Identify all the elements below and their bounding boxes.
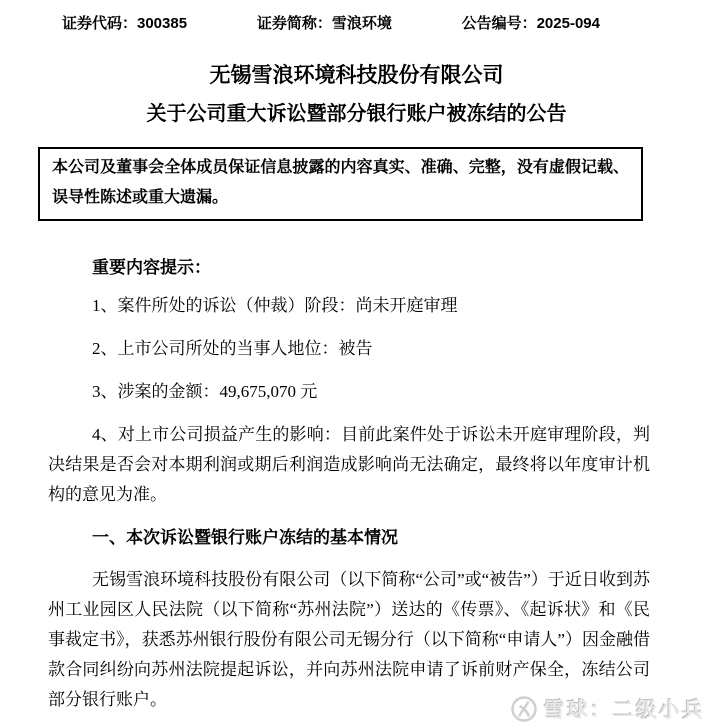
announcement-title: 关于公司重大诉讼暨部分银行账户被冻结的公告 — [0, 102, 713, 127]
securities-code: 证券代码：300385 — [62, 13, 187, 35]
securities-name: 证券简称：雪浪环境 — [257, 13, 392, 35]
notice-item-amount: 3、涉案的金额：49,675,070 元 — [48, 377, 650, 407]
company-title: 无锡雪浪环境科技股份有限公司 — [0, 63, 713, 88]
document-body: 重要内容提示： 1、案件所处的诉讼（仲裁）阶段：尚未开庭审理 2、上市公司所处的… — [48, 253, 650, 715]
board-declaration-text: 本公司及董事会全体成员保证信息披露的内容真实、准确、完整，没有虚假记载、误导性陈… — [52, 159, 629, 206]
announcement-number: 公告编号：2025-094 — [462, 13, 600, 35]
xueqiu-logo-icon — [510, 695, 538, 723]
section-one-paragraph: 无锡雪浪环境科技股份有限公司（以下简称“公司”或“被告”）于近日收到苏州工业园区… — [48, 565, 650, 715]
securities-info-row: 证券代码：300385 证券简称：雪浪环境 公告编号：2025-094 — [0, 0, 713, 35]
notice-item-party-status: 2、上市公司所处的当事人地位：被告 — [48, 334, 650, 364]
board-declaration-box: 本公司及董事会全体成员保证信息披露的内容真实、准确、完整，没有虚假记载、误导性陈… — [38, 147, 643, 221]
xueqiu-watermark: 雪球：二级小兵 — [510, 694, 705, 724]
notice-item-stage: 1、案件所处的诉讼（仲裁）阶段：尚未开庭审理 — [48, 291, 650, 321]
notice-item-impact: 4、对上市公司损益产生的影响：目前此案件处于诉讼未开庭审理阶段，判决结果是否会对… — [48, 420, 650, 510]
section-one-heading: 一、本次诉讼暨银行账户冻结的基本情况 — [48, 523, 650, 553]
important-notice-heading: 重要内容提示： — [48, 253, 650, 283]
watermark-text: 雪球：二级小兵 — [544, 694, 705, 724]
announcement-document: 证券代码：300385 证券简称：雪浪环境 公告编号：2025-094 无锡雪浪… — [0, 0, 713, 728]
